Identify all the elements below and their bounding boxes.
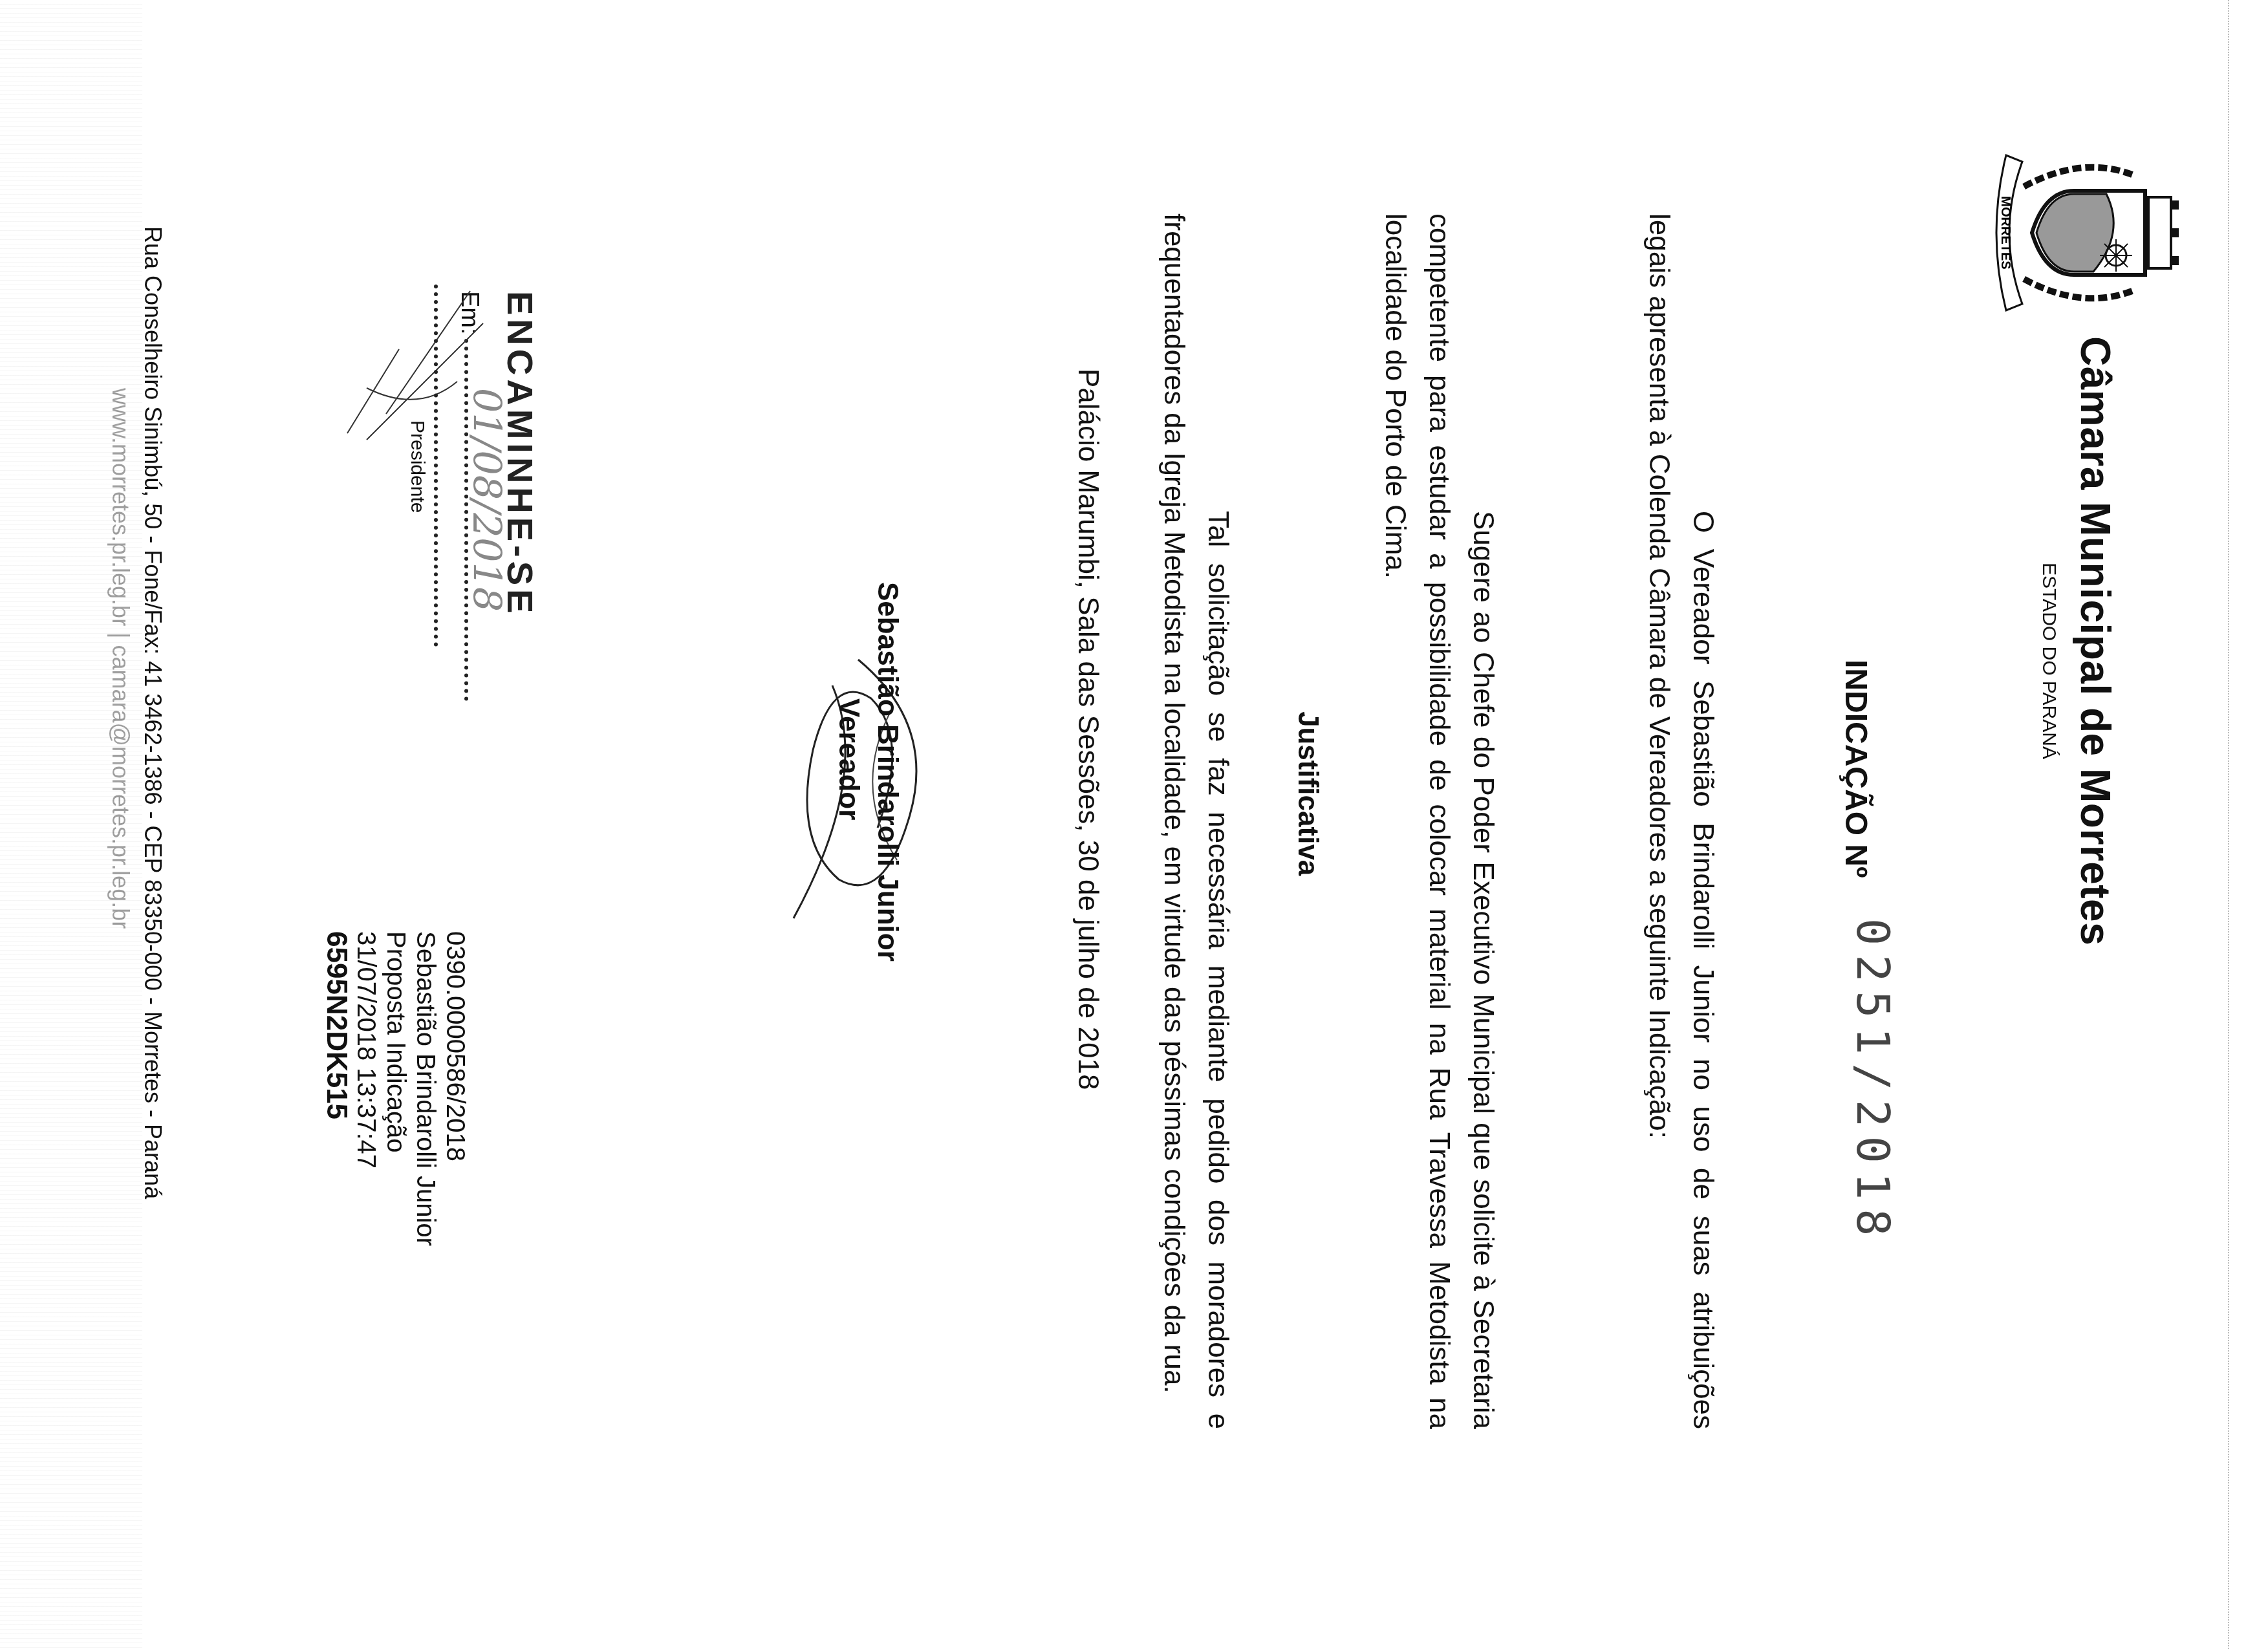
signer-role: Vereador bbox=[832, 698, 865, 820]
protocol-timestamp: 31/07/2018 13:37:47 bbox=[351, 931, 381, 1246]
place-and-date: Palácio Marumbi, Sala das Sessões, 30 de… bbox=[1072, 369, 1104, 1090]
justification-paragraph: Tal solicitação se faz necessária median… bbox=[1152, 213, 1240, 1429]
protocol-block: 0390.0000586/2018 Sebastião Brindarolli … bbox=[321, 931, 470, 1246]
protocol-number: 0390.0000586/2018 bbox=[440, 931, 470, 1246]
protocol-author: Sebastião Brindarolli Junior bbox=[411, 931, 440, 1246]
footer-address: Rua Conselheiro Sinimbú, 50 - Fone/Fax: … bbox=[139, 226, 166, 1199]
intro-paragraph: O Vereador Sebastião Brindarolli Junior … bbox=[1637, 213, 1725, 1429]
coat-of-arms-icon: MORRETES bbox=[1990, 136, 2184, 330]
signer-name: Sebastião Brindarolli Junior bbox=[871, 582, 903, 962]
chamber-title: Câmara Municipal de Morretes bbox=[2071, 336, 2119, 945]
state-subtitle: ESTADO DO PARANÁ bbox=[2038, 563, 2060, 759]
president-label: Presidente bbox=[406, 420, 428, 513]
councilor-signature bbox=[781, 647, 949, 931]
scan-edge bbox=[2228, 0, 2268, 1649]
scan-edge bbox=[0, 0, 142, 1649]
svg-text:MORRETES: MORRETES bbox=[1998, 196, 2013, 269]
suggestion-paragraph: Sugere ao Chefe do Poder Executivo Munic… bbox=[1373, 213, 1505, 1429]
indication-number-stamp: 0251/2018 bbox=[1846, 918, 1899, 1245]
justification-heading: Justificativa bbox=[1291, 711, 1324, 876]
indication-label: INDICAÇÃO Nº bbox=[1838, 660, 1874, 878]
protocol-code: 6595N2DK515 bbox=[321, 931, 351, 1246]
scanned-page: MORRETES Câmara Municipal de Morretes ES… bbox=[0, 0, 2268, 1649]
protocol-type: Proposta Indicação bbox=[381, 931, 411, 1246]
president-signature-line bbox=[434, 285, 438, 647]
